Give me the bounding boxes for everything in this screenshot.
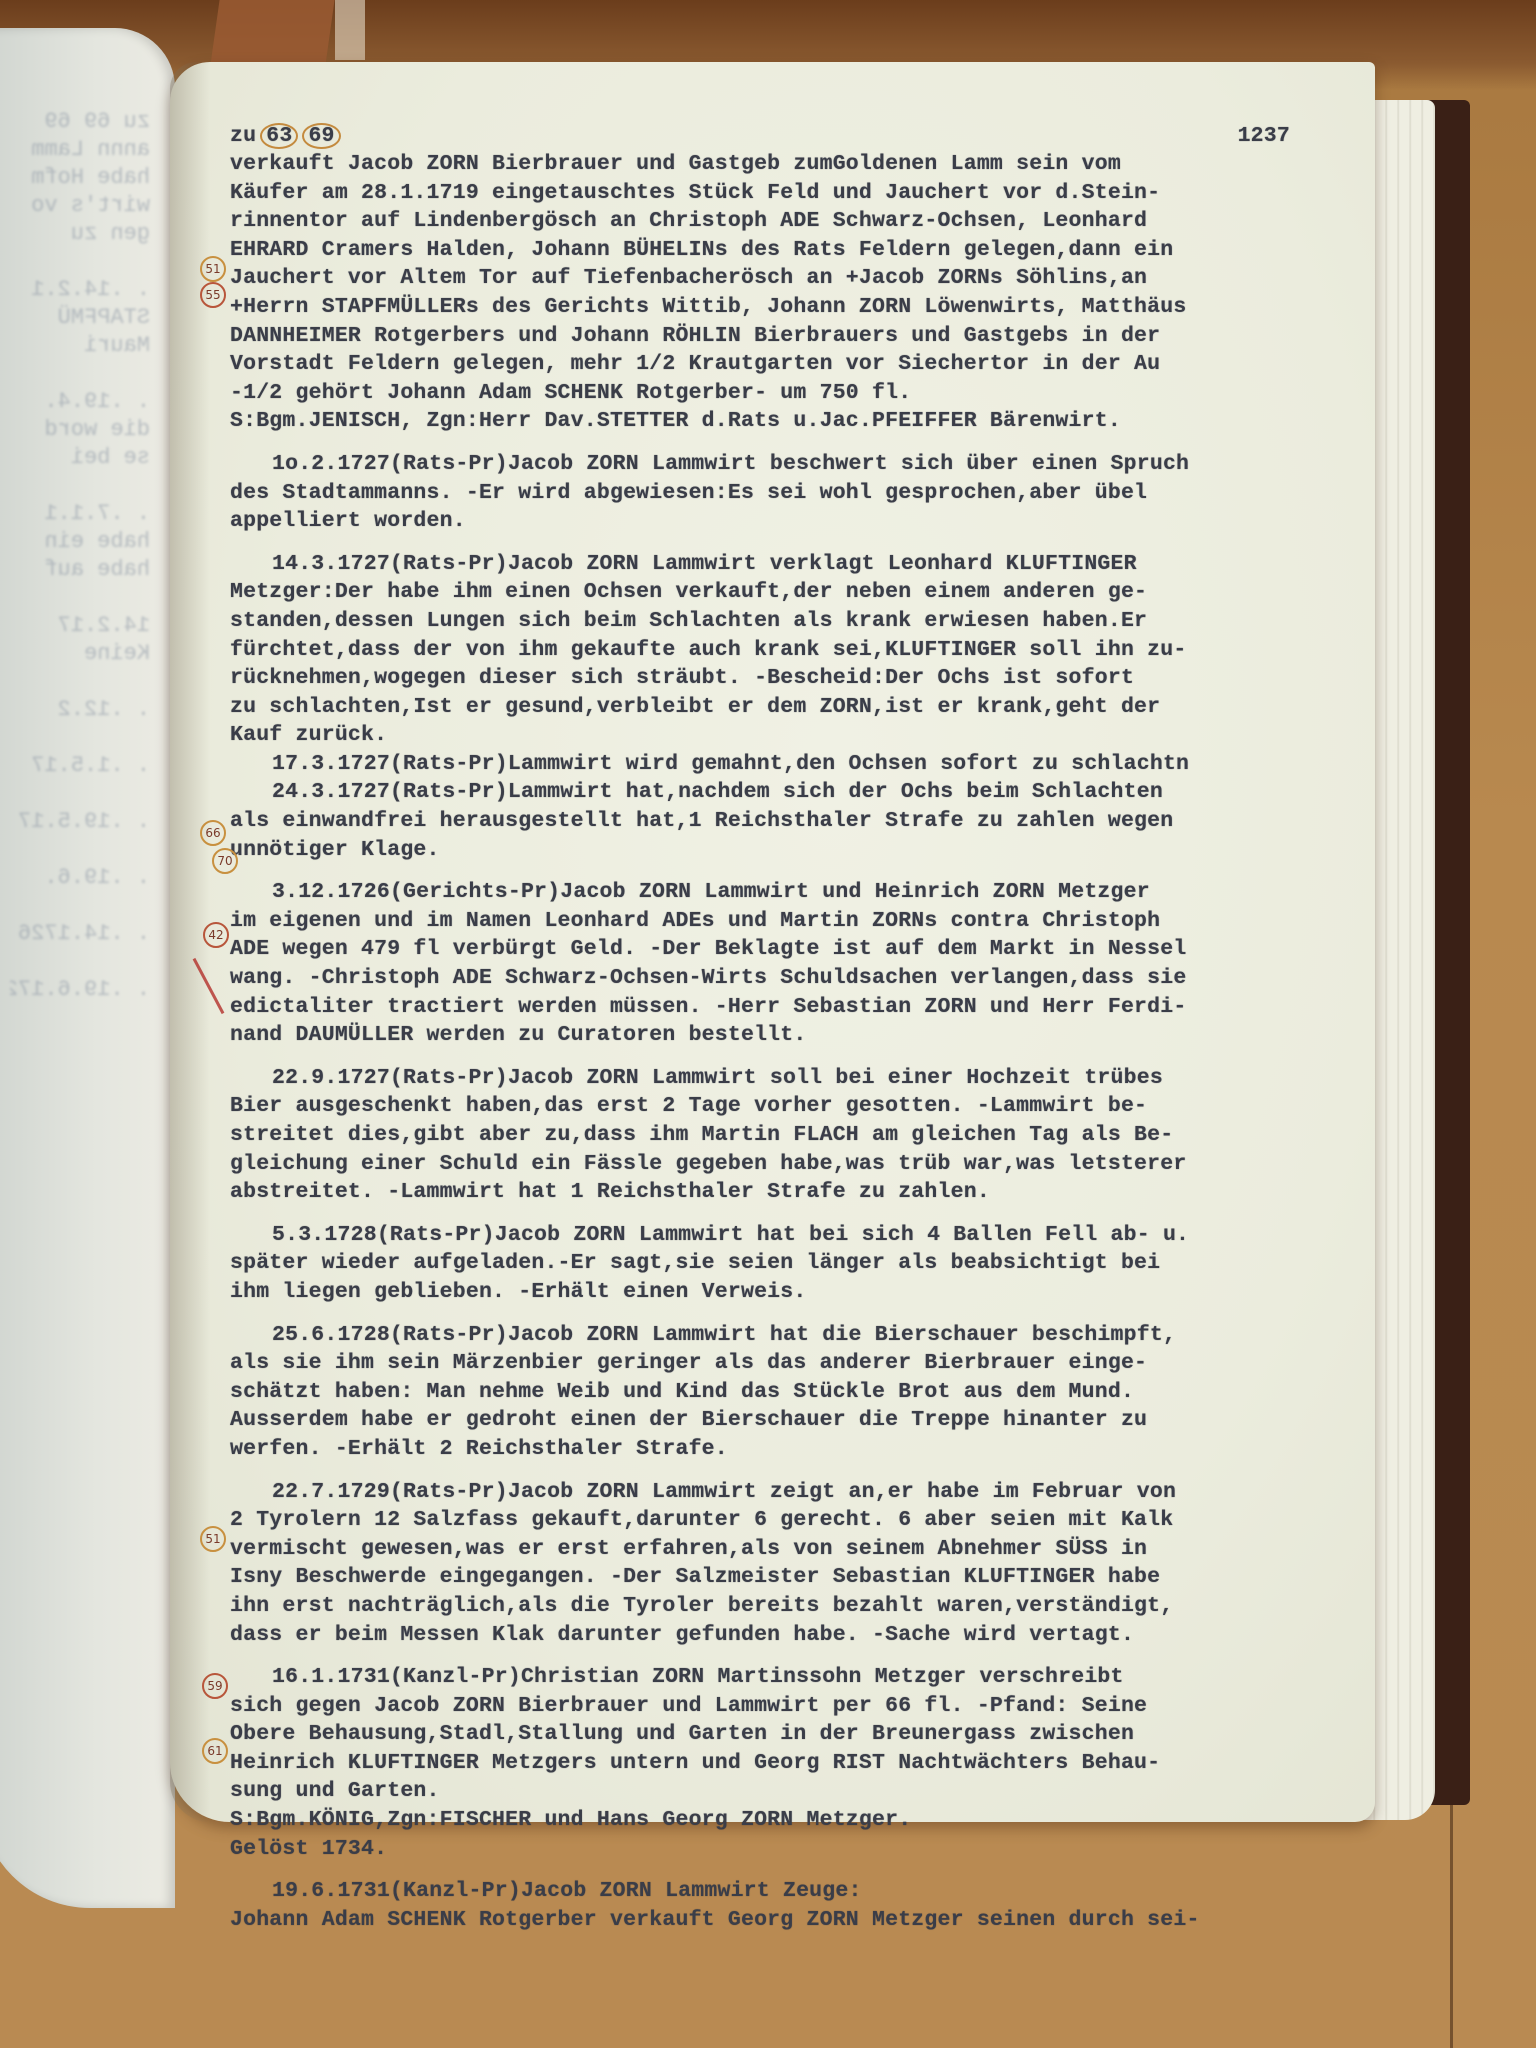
paper-tab [210,0,334,65]
text-line: 19.6.1731(Kanzl-Pr)Jacob ZORN Lammwirt Z… [230,1877,1360,1906]
text-line: ADE wegen 479 fl verbürgt Geld. -Der Bek… [230,935,1360,964]
text-line: 22.9.1727(Rats-Pr)Jacob ZORN Lammwirt so… [230,1064,1360,1093]
text-line: -1/2 gehört Johann Adam SCHENK Rotgerber… [230,379,1360,408]
margin-mark: 55 [200,282,226,308]
text-line: appelliert worden. [230,507,1360,536]
text-line: rinnentor auf Lindenbergösch an Christop… [230,207,1360,236]
text-line: streitet dies,gibt aber zu,dass ihm Mart… [230,1121,1360,1150]
text-line: EHRARD Cramers Halden, Johann BÜHELINs d… [230,236,1360,265]
text-line: Vorstadt Feldern gelegen, mehr 1/2 Kraut… [230,350,1360,379]
text-line: +Herrn STAPFMÜLLERs des Gerichts Wittib,… [230,293,1360,322]
text-line: werfen. -Erhält 2 Reichsthaler Strafe. [230,1435,1360,1464]
document-entry: verkauft Jacob ZORN Bierbrauer und Gastg… [230,150,1360,436]
text-line: Isny Beschwerde eingegangen. -Der Salzme… [230,1563,1360,1592]
page-gutter-shadow [170,62,210,1822]
cross-reference: zu 63 69 [230,122,341,150]
page-number: 1237 [1238,122,1290,150]
document-entry: 3.12.1726(Gerichts-Pr)Jacob ZORN Lammwir… [230,878,1360,1050]
text-line: rücknehmen,wogegen dieser sich sträubt. … [230,664,1360,693]
text-line: Heinrich KLUFTINGER Metzgers untern und … [230,1749,1360,1778]
text-line: 17.3.1727(Rats-Pr)Lammwirt wird gemahnt,… [230,750,1360,779]
text-line: Kauf zurück. [230,721,1360,750]
text-line: 1o.2.1727(Rats-Pr)Jacob ZORN Lammwirt be… [230,450,1360,479]
margin-mark: 59 [202,1673,228,1699]
margin-mark: 42 [203,922,229,948]
document-entry: 16.1.1731(Kanzl-Pr)Christian ZORN Martin… [230,1663,1360,1863]
document-entry: 24.3.1727(Rats-Pr)Lammwirt hat,nachdem s… [230,778,1360,864]
text-line: nand DAUMÜLLER werden zu Curatoren beste… [230,1021,1360,1050]
text-line: 3.12.1726(Gerichts-Pr)Jacob ZORN Lammwir… [230,878,1360,907]
margin-mark: 61 [202,1738,228,1764]
ref-prefix: zu [230,122,256,151]
margin-mark: 51 [200,256,226,282]
text-line: Johann Adam SCHENK Rotgerber verkauft Ge… [230,1906,1360,1935]
document-entry: 22.7.1729(Rats-Pr)Jacob ZORN Lammwirt ze… [230,1478,1360,1650]
text-line: des Stadtammanns. -Er wird abgewiesen:Es… [230,479,1360,508]
text-line: im eigenen und im Namen Leonhard ADEs un… [230,907,1360,936]
text-line: 24.3.1727(Rats-Pr)Lammwirt hat,nachdem s… [230,778,1360,807]
document-entry: 17.3.1727(Rats-Pr)Lammwirt wird gemahnt,… [230,750,1360,779]
text-line: gleichung einer Schuld ein Fässle gegebe… [230,1150,1360,1179]
typed-text-block: zu 63 69 1237 verkauft Jacob ZORN Bierbr… [230,122,1360,1934]
document-entry: 1o.2.1727(Rats-Pr)Jacob ZORN Lammwirt be… [230,450,1360,536]
text-line: ihn erst nachträglich,als die Tyroler be… [230,1592,1360,1621]
margin-mark: 70 [212,848,238,874]
paper-slip [335,0,365,60]
margin-mark: 66 [200,820,226,846]
text-line: Jauchert vor Altem Tor auf Tiefenbacherö… [230,264,1360,293]
document-entry: 14.3.1727(Rats-Pr)Jacob ZORN Lammwirt ve… [230,550,1360,750]
text-line: unnötiger Klage. [230,836,1360,865]
text-line: Gelöst 1734. [230,1835,1360,1864]
document-entry: 5.3.1728(Rats-Pr)Jacob ZORN Lammwirt hat… [230,1221,1360,1307]
text-line: 2 Tyrolern 12 Salzfass gekauft,darunter … [230,1506,1360,1535]
left-page-bleed-text: zu 69 69 annn Lamm habe Hofm wirt's vo g… [10,108,150,1808]
left-page: zu 69 69 annn Lamm habe Hofm wirt's vo g… [0,28,175,1908]
text-line: abstreitet. -Lammwirt hat 1 Reichsthaler… [230,1178,1360,1207]
text-line: S:Bgm.KÖNIG,Zgn:FISCHER und Hans Georg Z… [230,1806,1360,1835]
text-line: Obere Behausung,Stadl,Stallung und Garte… [230,1720,1360,1749]
text-line: 16.1.1731(Kanzl-Pr)Christian ZORN Martin… [230,1663,1360,1692]
table-seam [1450,1800,1453,2048]
text-line: 5.3.1728(Rats-Pr)Jacob ZORN Lammwirt hat… [230,1221,1360,1250]
entries-list: verkauft Jacob ZORN Bierbrauer und Gastg… [230,150,1360,1934]
text-line: Ausserdem habe er gedroht einen der Bier… [230,1406,1360,1435]
text-line: als einwandfrei herausgestellt hat,1 Rei… [230,807,1360,836]
document-entry: 25.6.1728(Rats-Pr)Jacob ZORN Lammwirt ha… [230,1321,1360,1464]
document-entry: 19.6.1731(Kanzl-Pr)Jacob ZORN Lammwirt Z… [230,1877,1360,1934]
ref-circled-2: 69 [302,123,340,149]
text-line: 14.3.1727(Rats-Pr)Jacob ZORN Lammwirt ve… [230,550,1360,579]
text-line: edictaliter tractiert werden müssen. -He… [230,993,1360,1022]
text-line: Käufer am 28.1.1719 eingetauschtes Stück… [230,179,1360,208]
ref-circled-1: 63 [260,123,298,149]
text-line: als sie ihm sein Märzenbier geringer als… [230,1349,1360,1378]
margin-mark: 51 [200,1526,226,1552]
text-line: standen,dessen Lungen sich beim Schlacht… [230,607,1360,636]
text-line: fürchtet,dass der von ihm gekaufte auch … [230,636,1360,665]
text-line: 22.7.1729(Rats-Pr)Jacob ZORN Lammwirt ze… [230,1478,1360,1507]
text-line: sung und Garten. [230,1777,1360,1806]
text-line: Metzger:Der habe ihm einen Ochsen verkau… [230,578,1360,607]
text-line: vermischt gewesen,was er erst erfahren,a… [230,1535,1360,1564]
text-line: sich gegen Jacob ZORN Bierbrauer und Lam… [230,1692,1360,1721]
text-line: schätzt haben: Man nehme Weib und Kind d… [230,1378,1360,1407]
text-line: Bier ausgeschenkt haben,das erst 2 Tage … [230,1092,1360,1121]
text-line: dass er beim Messen Klak darunter gefund… [230,1621,1360,1650]
page-header: zu 63 69 1237 [230,122,1360,150]
text-line: zu schlachten,Ist er gesund,verbleibt er… [230,693,1360,722]
text-line: S:Bgm.JENISCH, Zgn:Herr Dav.STETTER d.Ra… [230,407,1360,436]
text-line: wang. -Christoph ADE Schwarz-Ochsen-Wirt… [230,964,1360,993]
text-line: ihm liegen geblieben. -Erhält einen Verw… [230,1278,1360,1307]
text-line: DANNHEIMER Rotgerbers und Johann RÖHLIN … [230,322,1360,351]
text-line: später wieder aufgeladen.-Er sagt,sie se… [230,1249,1360,1278]
document-entry: 22.9.1727(Rats-Pr)Jacob ZORN Lammwirt so… [230,1064,1360,1207]
text-line: 25.6.1728(Rats-Pr)Jacob ZORN Lammwirt ha… [230,1321,1360,1350]
text-line: verkauft Jacob ZORN Bierbrauer und Gastg… [230,150,1360,179]
